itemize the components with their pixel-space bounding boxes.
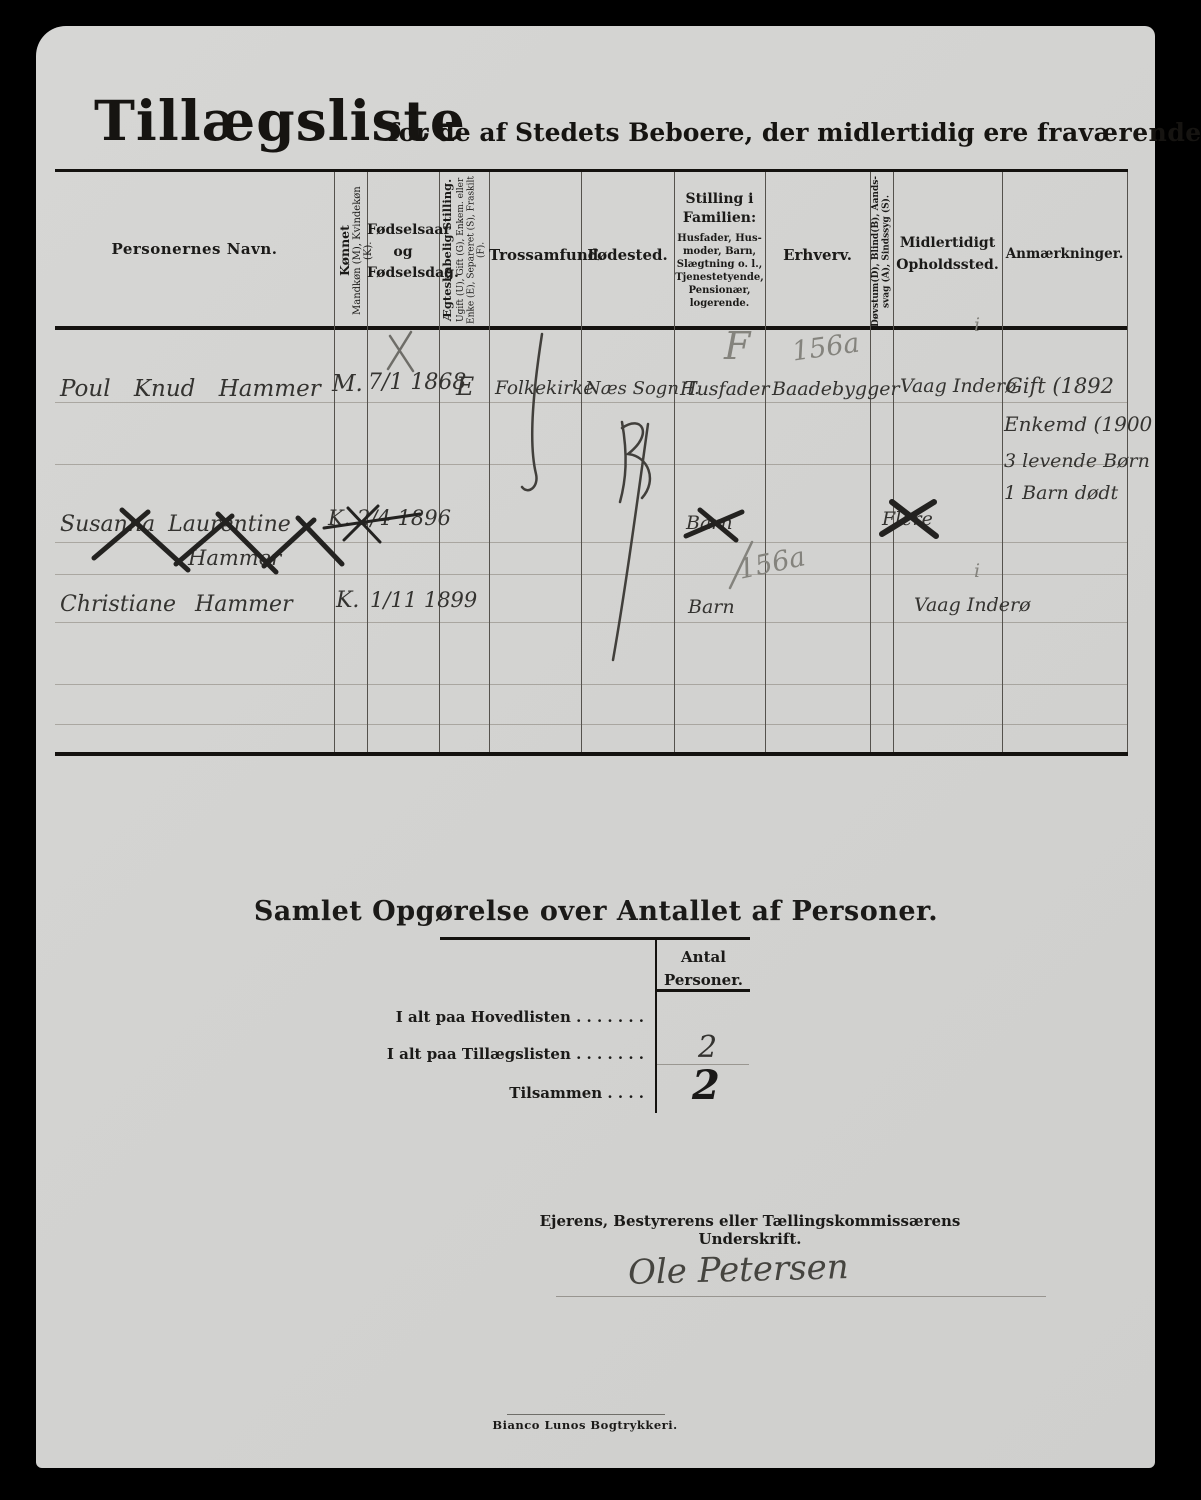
summary-rule-under-header [655,989,750,992]
row1-sex: M. [332,371,363,397]
col-header-disability: Døvstum(D), Blind(B), Aands­svag (A), Si… [871,174,892,328]
col-header-remarks: Anmærkninger. [1002,246,1127,262]
row1-remark-4: 1 Barn dødt [1004,482,1118,504]
row-rule [55,724,1128,725]
rule-under-title [55,169,1128,172]
pencil-code-row1: 156a [790,327,861,367]
summary-col-header: Antal Personer. [657,946,750,991]
footer-printer: Bianco Lunos Bogtrykkeri. [465,1418,705,1432]
col-header-family-codes: Husfader, Hus- moder, Barn, Slægtning o.… [674,232,765,310]
summary-row-tillaegslisten-value: 2 [698,1030,717,1065]
row1-occupation: Baadebygger [772,378,900,400]
row1-marital: E [456,372,474,401]
row-rule [55,684,1128,685]
col-header-religion: Trossamfund. [489,246,581,264]
pencil-i-mark-row1: i [974,314,980,336]
summary-title: Samlet Opgørelse over Antallet af Person… [236,896,956,927]
row3-residence: Vaag Inderø [914,594,1031,616]
summary-row-hovedlisten-label: I alt paa Hovedlisten . . . . . . . [366,1008,644,1026]
rule-under-header [55,326,1128,330]
row3-birthdate: 1/11 1899 [370,588,477,612]
signature-name: Ole Petersen [628,1247,850,1293]
pencil-f-mark: F [724,324,750,368]
col-header-sex-title: Kønnet [337,176,352,326]
row2-name-line2: Hammer [188,546,281,570]
col-header-residence: Midlertidigt Opholdssted. [893,232,1002,277]
pencil-x-mark [388,332,413,371]
row-rule [55,622,1128,623]
col-header-sex-codes: Mandkøn (M), Kvindekøn (K). [352,176,366,326]
row1-residence: Vaag Inderø [900,375,1017,397]
row3-name: Christiane Hammer [60,592,293,617]
page-subtitle-emphasis: fraværende. [1037,118,1201,147]
summary-total-value: 2 [692,1062,720,1109]
summary-rule-top [440,937,750,940]
row2-family-position-struck: Barn [686,512,733,534]
col-header-birthplace: Fødested. [581,246,674,264]
pencil-code-row2: 156a [736,541,809,585]
col-header-occupation: Erhverv. [765,246,870,264]
ink-flourish-religion [522,334,542,490]
row1-family-position: Husfader [680,378,769,400]
column-divider [334,172,335,752]
summary-total-label: Tilsammen . . . . [366,1084,644,1102]
row2-birthdate-struck: K. 2/4 1896 [328,506,451,530]
row3-family-position: Barn [688,596,735,618]
signature-label: Ejerens, Bestyrerens eller Tællingskommi… [500,1212,1000,1248]
rule-table-bottom [55,752,1128,756]
pencil-i-mark-row3: i [974,560,980,582]
row1-birthdate: 7/1 1868 [368,370,466,395]
col-header-birth: Fødselsaar og Fødselsdag. [367,220,439,285]
page-subtitle: for de af Stedets Beboere, der midlertid… [388,118,1201,147]
row1-name: Poul Knud Hammer [60,376,321,402]
row1-remark-2: Enkemd (1900 [1004,412,1152,436]
row3-sex: K. [336,588,359,613]
row1-remark-1: Gift (1892 [1006,374,1114,398]
row-rule [55,542,1128,543]
row-rule [55,402,1128,403]
col-header-name: Personernes Navn. [55,240,334,258]
census-form-page: Tillægsliste for de af Stedets Beboere, … [36,26,1155,1468]
signature-line [556,1296,1046,1297]
col-header-marital-title: Ægteskabelig Stilling. [440,174,455,326]
row2-residence-struck: Flere [882,508,933,530]
row-rule [55,464,1128,465]
summary-row-tillaegslisten-label: I alt paa Tillægslisten . . . . . . . [366,1045,644,1063]
row2-name-struck: Susanna Laurentine [60,512,291,537]
row1-remark-3: 3 levende Børn [1004,450,1150,472]
row1-religion: Folkekirke [495,378,594,399]
col-header-marital-codes: Ugift (U), Gift (G), Enkem. eller Enke (… [456,174,487,326]
footer-rule [507,1414,665,1415]
ink-flourish-birthplace [613,422,650,660]
page-subtitle-text: for de af Stedets Beboere, der midlertid… [388,118,1028,147]
row-rule [55,574,1128,575]
col-header-family-title: Stilling i Familien: [674,190,765,228]
